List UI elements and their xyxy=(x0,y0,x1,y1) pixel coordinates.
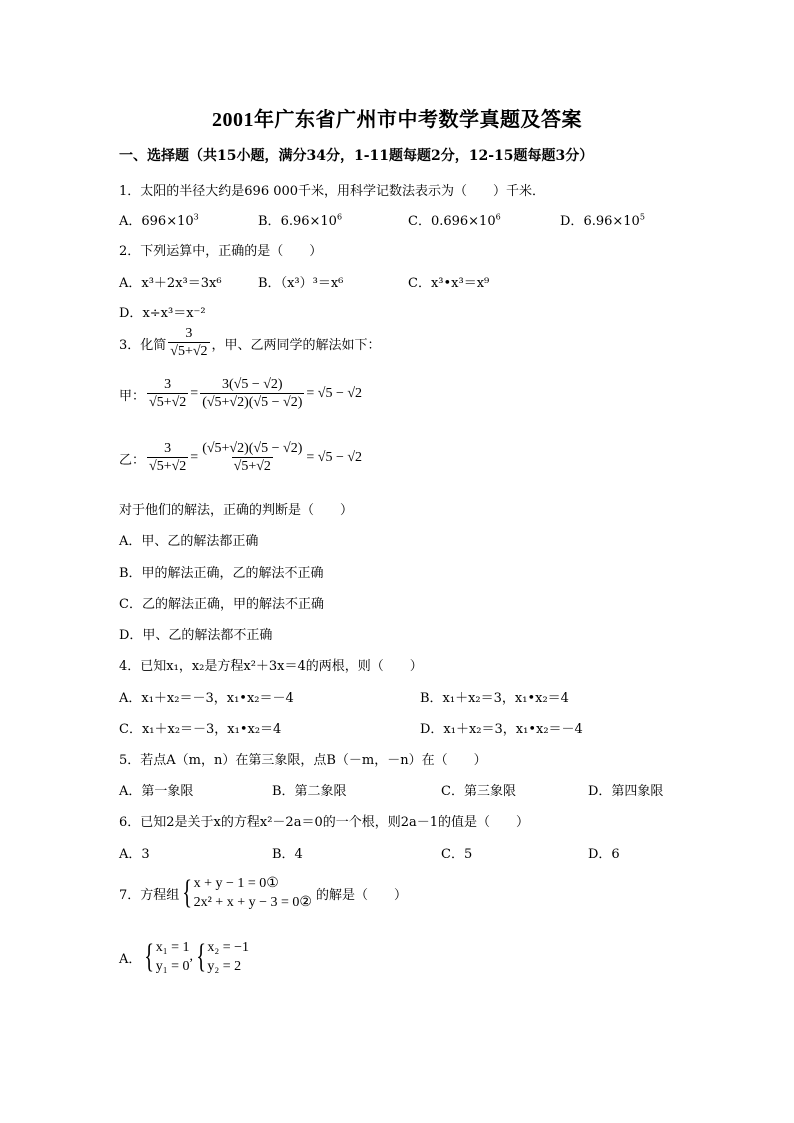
solution-yi: 乙： 3 √5+√2 = (√5+√2)(√5 − √2) √5+√2 = √5… xyxy=(119,441,362,475)
question-5-option-c: C．第三象限 xyxy=(441,780,516,799)
question-3-option-d: D．甲、乙的解法都不正确 xyxy=(119,624,272,643)
page-title: 2001年广东省广州市中考数学真题及答案 xyxy=(0,103,794,132)
question-1-option-a: A．696×103 xyxy=(119,210,199,229)
question-3-option-a: A．甲、乙的解法都正确 xyxy=(119,530,258,549)
question-6-option-a: A．3 xyxy=(119,843,150,862)
question-2-stem: 2．下列运算中，正确的是（ ） xyxy=(119,240,322,259)
question-6-stem: 6．已知2是关于x的方程x²－2a＝0的一个根，则2a－1的值是（ ） xyxy=(119,811,529,830)
question-1-stem: 1．太阳的半径大约是696 000千米，用科学记数法表示为（ ）千米． xyxy=(119,180,545,199)
question-5-option-a: A．第一象限 xyxy=(119,780,193,799)
question-4-option-a: A．x₁＋x₂＝－3，x₁•x₂＝－4 xyxy=(119,687,294,706)
question-3-judge: 对于他们的解法，正确的判断是（ ） xyxy=(119,499,353,518)
question-2-option-c: C．x³•x³＝x⁹ xyxy=(408,272,489,291)
fraction-expression: 3 √5+√2 xyxy=(168,326,209,360)
question-5-option-b: B．第二象限 xyxy=(272,780,347,799)
question-4-stem: 4．已知x₁，x₂是方程x²＋3x＝4的两根，则（ ） xyxy=(119,655,423,674)
question-3-option-b: B．甲的解法正确，乙的解法不正确 xyxy=(119,562,324,581)
solution-jia: 甲： 3 √5+√2 = 3(√5 − √2) (√5+√2)(√5 − √2)… xyxy=(119,377,362,411)
question-1-option-c: C．0.696×106 xyxy=(408,210,501,229)
question-2-option-b: B．（x³）³＝x⁶ xyxy=(258,272,343,291)
question-5-stem: 5．若点A（m，n）在第三象限，点B（－m，－n）在（ ） xyxy=(119,749,487,768)
question-3-stem: 3．化简 3 √5+√2 ，甲、乙两同学的解法如下： xyxy=(119,326,381,360)
question-1-option-d: D．6.96×105 xyxy=(560,210,645,229)
question-3-option-c: C．乙的解法正确，甲的解法不正确 xyxy=(119,593,324,612)
question-6-option-c: C．5 xyxy=(441,843,472,862)
equation-system: { x + y − 1 = 0① 2x² + x + y − 3 = 0② xyxy=(179,874,312,912)
question-4-option-c: C．x₁＋x₂＝－3，x₁•x₂＝4 xyxy=(119,718,281,737)
section-heading: 一、选择题（共15小题，满分34分，1-11题每题2分，12-15题每题3分） xyxy=(119,145,593,165)
question-5-option-d: D．第四象限 xyxy=(588,780,663,799)
question-2-option-a: A．x³＋2x³＝3x⁶ xyxy=(119,272,222,291)
question-4-option-b: B．x₁＋x₂＝3，x₁•x₂＝4 xyxy=(420,687,569,706)
question-2-option-d: D．x÷x³＝x⁻² xyxy=(119,302,206,321)
question-6-option-d: D．6 xyxy=(588,843,620,862)
question-7-option-a: A． { x₁ = 1 y₁ = 0 , { x₂ = −1 y₂ = 2 xyxy=(119,938,249,976)
question-7-stem: 7．方程组 { x + y − 1 = 0① 2x² + x + y − 3 =… xyxy=(119,874,407,912)
question-6-option-b: B．4 xyxy=(272,843,303,862)
question-1-option-b: B．6.96×106 xyxy=(258,210,342,229)
question-4-option-d: D．x₁＋x₂＝3，x₁•x₂＝－4 xyxy=(420,718,583,737)
